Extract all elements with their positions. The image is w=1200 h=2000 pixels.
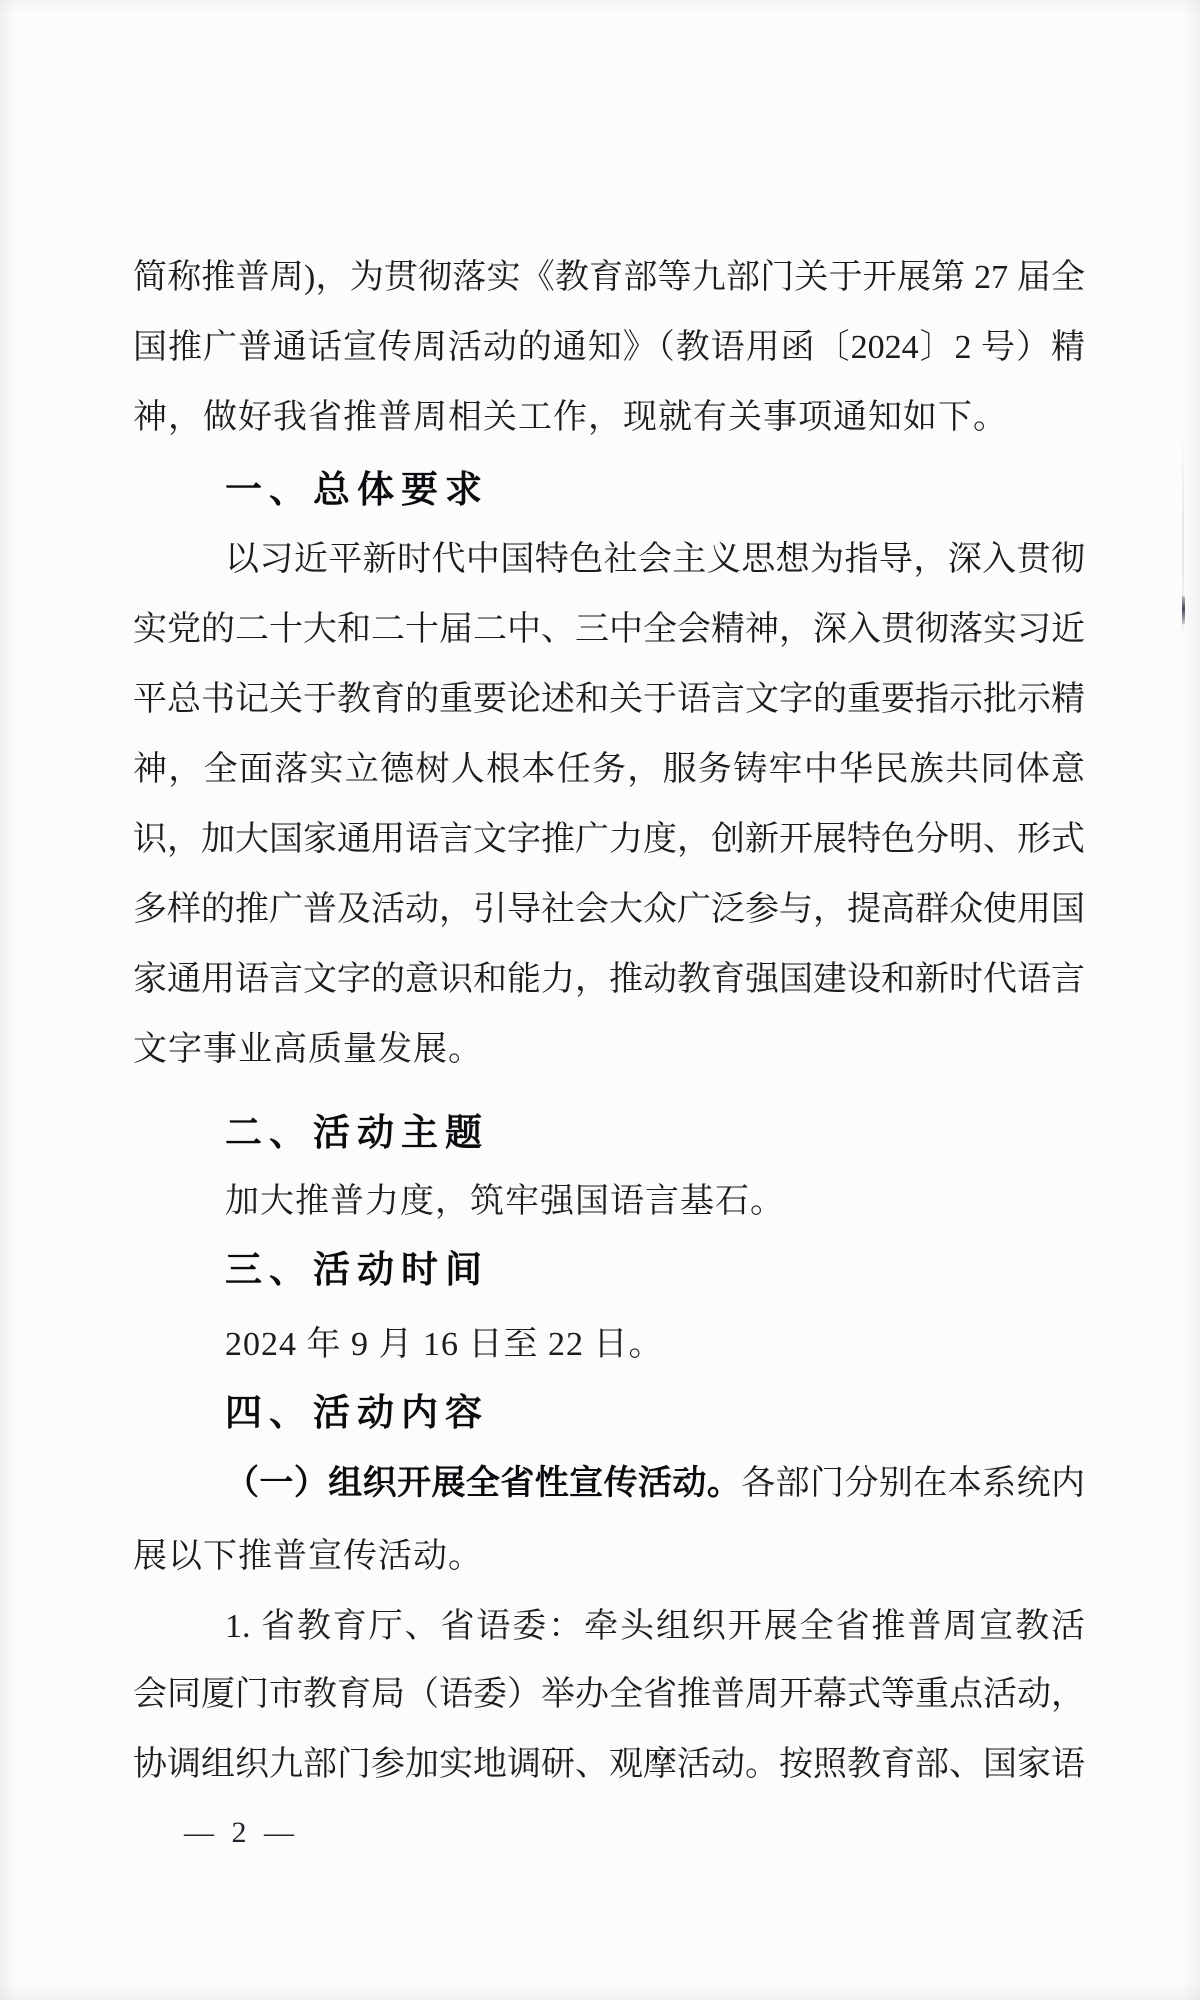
doc-line: 协调组织九部门参加实地调研、观摩活动。按照教育部、国家语 bbox=[133, 1730, 1085, 1800]
doc-line: 平总书记关于教育的重要论述和关于语言文字的重要指示批示精 bbox=[133, 665, 1085, 735]
doc-line: 2024 年 9 月 16 日至 22 日。 bbox=[133, 1310, 1085, 1380]
doc-line: 1. 省教育厅、省语委：牵头组织开展全省推普周宣教活动。 bbox=[133, 1592, 1085, 1662]
heading-activity-content: 四、活动内容 bbox=[133, 1378, 1085, 1448]
document-page: 简称推普周)，为贯彻落实《教育部等九部门关于开展第 27 届全 国推广普通话宣传… bbox=[0, 0, 1200, 2000]
scan-edge-shading bbox=[1180, 0, 1200, 2000]
doc-line: 识，加大国家通用语言文字推广力度，创新开展特色分明、形式 bbox=[133, 805, 1085, 875]
heading-activity-time: 三、活动时间 bbox=[133, 1235, 1085, 1305]
doc-line: 家通用语言文字的意识和能力，推动教育强国建设和新时代语言 bbox=[133, 945, 1085, 1015]
doc-line: 以习近平新时代中国特色社会主义思想为指导，深入贯彻落 bbox=[133, 525, 1085, 595]
scan-edge-shading bbox=[0, 0, 16, 2000]
scan-edge-shading bbox=[0, 0, 1200, 14]
scan-edge-shading bbox=[0, 1982, 1200, 2000]
heading-activity-theme: 二、活动主题 bbox=[133, 1098, 1085, 1168]
doc-line: 神，全面落实立德树人根本任务，服务铸牢中华民族共同体意 bbox=[133, 735, 1085, 805]
heading-overall-requirements: 一、总体要求 bbox=[133, 455, 1085, 525]
doc-line: 简称推普周)，为贯彻落实《教育部等九部门关于开展第 27 届全 bbox=[133, 243, 1085, 313]
page-number: — 2 — bbox=[184, 1806, 299, 1860]
bold-lead-text: （一）组织开展全省性宣传活动。 bbox=[225, 1464, 741, 1502]
doc-line: 实党的二十大和二十届二中、三中全会精神，深入贯彻落实习近 bbox=[133, 595, 1085, 665]
scan-scratch-artifact bbox=[1182, 596, 1185, 624]
doc-line: 展以下推普宣传活动。 bbox=[133, 1522, 1085, 1592]
doc-line: 多样的推广普及活动，引导社会大众广泛参与，提高群众使用国 bbox=[133, 875, 1085, 945]
doc-line: 国推广普通话宣传周活动的通知》（教语用函〔2024〕2 号）精 bbox=[133, 313, 1085, 383]
doc-line: 会同厦门市教育局（语委）举办全省推普周开幕式等重点活动， bbox=[133, 1660, 1085, 1730]
doc-line: （一）组织开展全省性宣传活动。各部门分别在本系统内开 bbox=[133, 1448, 1085, 1518]
doc-line: 神，做好我省推普周相关工作，现就有关事项通知如下。 bbox=[133, 383, 1085, 453]
doc-line: 加大推普力度，筑牢强国语言基石。 bbox=[133, 1167, 1085, 1237]
doc-line: 文字事业高质量发展。 bbox=[133, 1015, 1085, 1085]
